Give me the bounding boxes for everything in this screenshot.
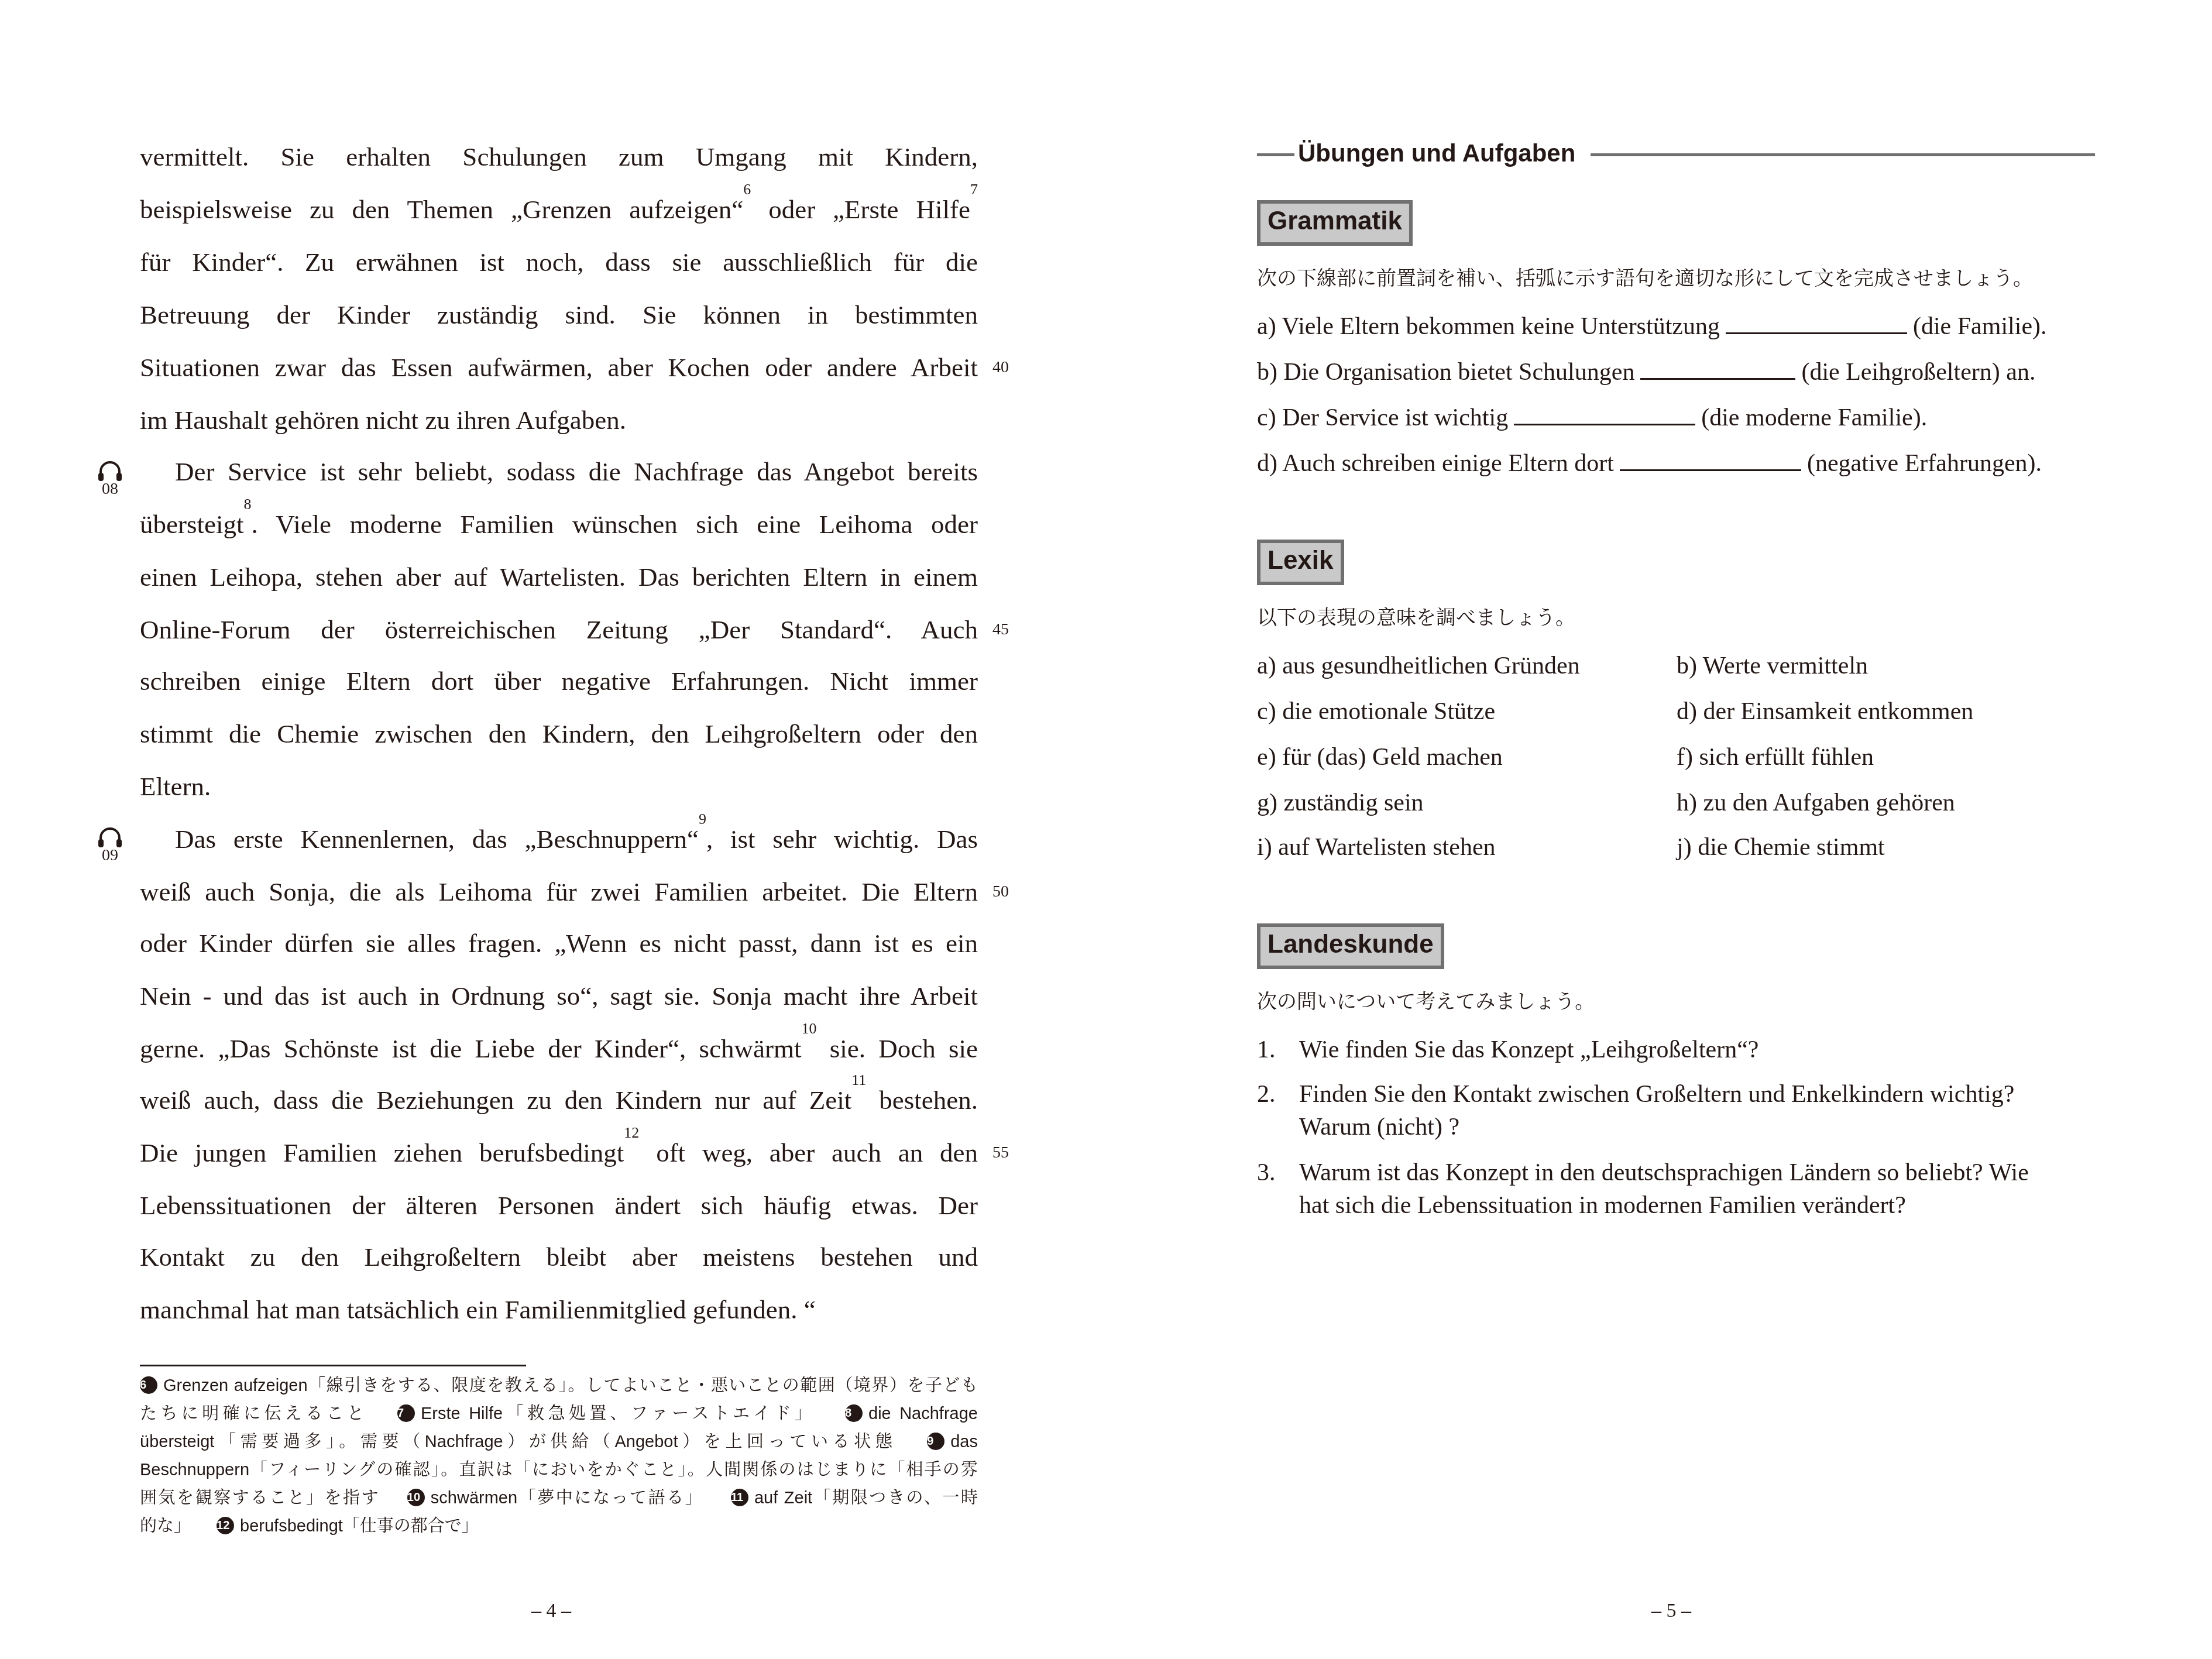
lexik-item: b) Werte vermitteln: [1677, 650, 1868, 682]
header-rule: [1591, 153, 2095, 156]
header-rule: [1257, 153, 1294, 156]
lexik-heading: Lexik: [1257, 540, 1344, 585]
discussion-question: 1. Wie finden Sie das Konzept „Leihgroße…: [1257, 1033, 2095, 1066]
highlight-bubble: und: [1411, 137, 1457, 170]
section-title: Übungen und Aufgaben: [1298, 137, 1575, 170]
lexik-item: c) die emotionale Stütze: [1257, 695, 1495, 728]
discussion-question: 2. Finden Sie den Kontakt zwischen Große…: [1257, 1078, 2095, 1143]
lexik-item: e) für (das) Geld machen: [1257, 741, 1503, 774]
grammatik-heading: Grammatik: [1257, 200, 1413, 246]
lexik-item: h) zu den Aufgaben gehören: [1677, 786, 1955, 819]
grammar-exercise: c) Der Service ist wichtig(die moderne F…: [1257, 401, 1927, 434]
lexik-item: j) die Chemie stimmt: [1677, 831, 1885, 864]
section-header: Übungen und Aufgaben: [1257, 136, 2095, 171]
lexik-item: a) aus gesundheitlichen Gründen: [1257, 650, 1580, 682]
lexik-instruction: 以下の表現の意味を調べましょう。: [1257, 605, 1575, 631]
page-number: – 5 –: [1651, 1599, 1691, 1623]
grammatik-instruction: 次の下線部に前置詞を補い、括弧に示す語句を適切な形にして文を完成させましょう。: [1257, 266, 2033, 291]
discussion-question: 3. Warum ist das Konzept in den deutschs…: [1257, 1156, 2095, 1222]
grammar-exercise: d) Auch schreiben einige Eltern dort(neg…: [1257, 447, 2042, 480]
grammar-exercise: a) Viele Eltern bekommen keine Unterstüt…: [1257, 310, 2047, 343]
grammar-exercise: b) Die Organisation bietet Schulungen(di…: [1257, 356, 2035, 389]
answer-blank[interactable]: [1620, 447, 1801, 471]
right-page: Übungen und Aufgaben Grammatik 次の下線部に前置詞…: [0, 0, 2212, 1659]
lexik-item: i) auf Wartelisten stehen: [1257, 831, 1496, 864]
answer-blank[interactable]: [1640, 356, 1795, 380]
lexik-item: d) der Einsamkeit entkommen: [1677, 695, 1973, 728]
landeskunde-heading: Landeskunde: [1257, 923, 1444, 969]
answer-blank[interactable]: [1514, 401, 1695, 425]
lexik-item: g) zuständig sein: [1257, 786, 1424, 819]
lexik-item: f) sich erfüllt fühlen: [1677, 741, 1874, 774]
landeskunde-instruction: 次の問いについて考えてみましょう。: [1257, 989, 1595, 1015]
answer-blank[interactable]: [1726, 310, 1907, 334]
